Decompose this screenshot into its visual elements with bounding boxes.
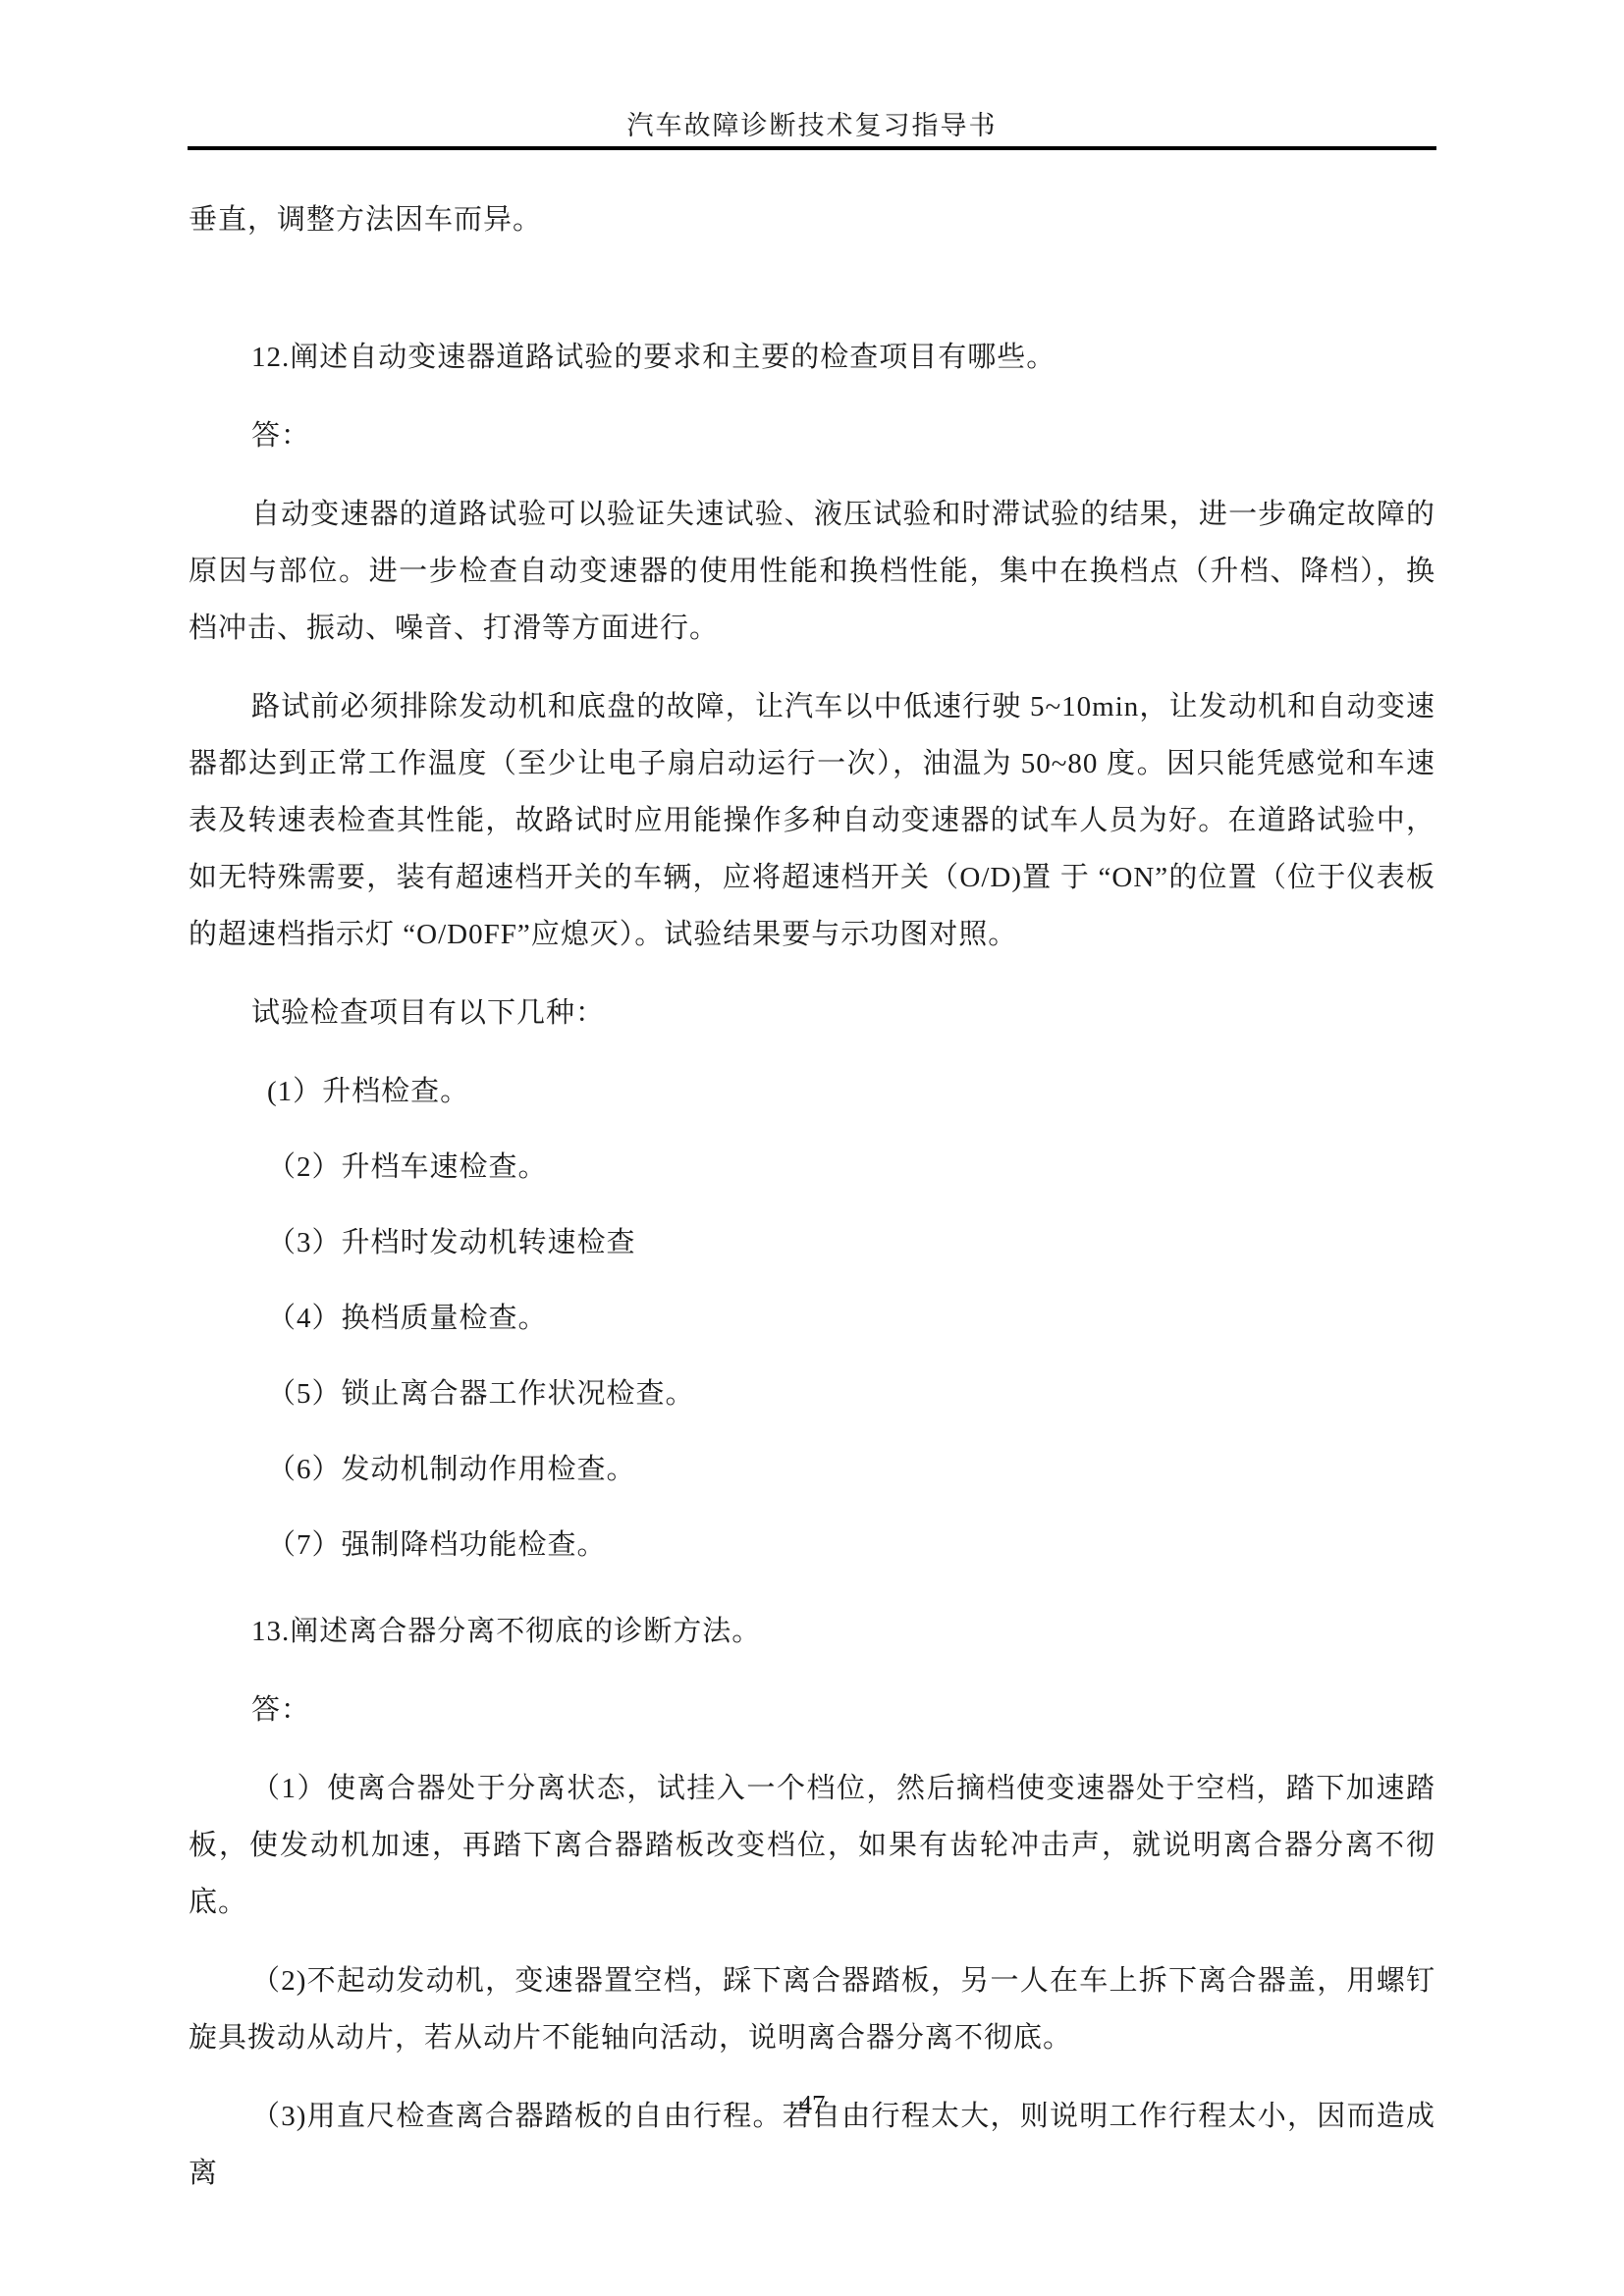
check-item-5: （5）锁止离合器工作状况检查。 (189, 1365, 1435, 1422)
question-13: 13.阐述离合器分离不彻底的诊断方法。 (189, 1603, 1435, 1660)
question-12: 12.阐述自动变速器道路试验的要求和主要的检查项目有哪些。 (189, 329, 1435, 386)
check-item-7: （7）强制降档功能检查。 (189, 1517, 1435, 1574)
answer-label-q12: 答： (189, 407, 1435, 464)
page-header-title: 汽车故障诊断技术复习指导书 (189, 110, 1435, 141)
check-item-2: （2）升档车速检查。 (189, 1139, 1435, 1196)
answer-label-q13: 答： (189, 1682, 1435, 1738)
page-number: 47 (0, 2089, 1624, 2120)
check-item-4: （4）换档质量检查。 (189, 1290, 1435, 1347)
q12-paragraph-1: 自动变速器的道路试验可以验证失速试验、液压试验和时滞试验的结果，进一步确定故障的… (189, 486, 1435, 657)
document-page: 汽车故障诊断技术复习指导书 垂直，调整方法因车而异。 12.阐述自动变速器道路试… (0, 0, 1624, 2296)
check-item-1: (1）升档检查。 (189, 1063, 1435, 1120)
q13-paragraph-2: （2)不起动发动机，变速器置空档，踩下离合器踏板，另一人在车上拆下离合器盖，用螺… (189, 1952, 1435, 2066)
intro-continuation-line: 垂直，调整方法因车而异。 (189, 191, 1435, 248)
header-divider-rule (188, 146, 1436, 150)
check-item-3: （3）升档时发动机转速检查 (189, 1214, 1435, 1271)
q13-paragraph-1: （1）使离合器处于分离状态，试挂入一个档位，然后摘档使变速器处于空档，踏下加速踏… (189, 1760, 1435, 1931)
q12-items-intro: 试验检查项目有以下几种： (189, 985, 1435, 1041)
check-item-6: （6）发动机制动作用检查。 (189, 1441, 1435, 1498)
document-body: 垂直，调整方法因车而异。 12.阐述自动变速器道路试验的要求和主要的检查项目有哪… (189, 191, 1435, 2223)
q12-paragraph-2: 路试前必须排除发动机和底盘的故障，让汽车以中低速行驶 5~10min，让发动机和… (189, 678, 1435, 963)
